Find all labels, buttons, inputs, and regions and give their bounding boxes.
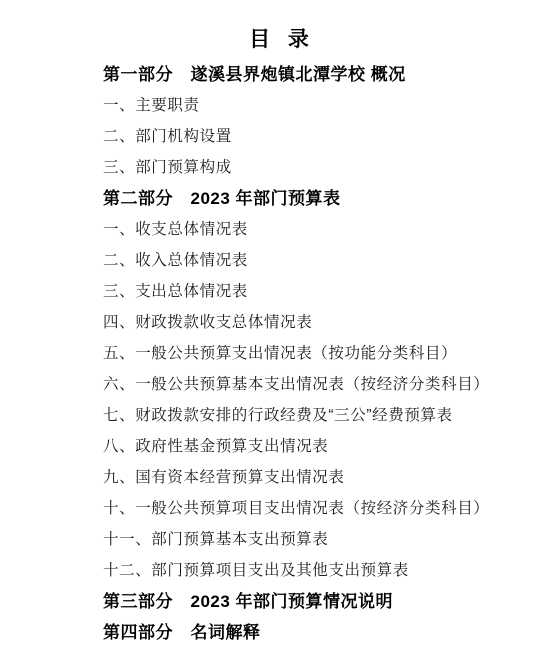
toc-heading: 第二部分 2023 年部门预算表 (103, 183, 539, 214)
toc-heading: 第四部分 名词解释 (103, 617, 539, 648)
toc-heading: 第一部分 遂溪县界炮镇北潭学校 概况 (103, 59, 539, 90)
toc-item: 六、一般公共预算基本支出情况表（按经济分类科目） (103, 369, 539, 400)
toc-item: 一、主要职责 (103, 90, 539, 121)
toc-item: 九、国有资本经营预算支出情况表 (103, 462, 539, 493)
page-title: 目 录 (0, 0, 559, 53)
toc-item: 十二、部门预算项目支出及其他支出预算表 (103, 555, 539, 586)
toc-item: 二、收入总体情况表 (103, 245, 539, 276)
table-of-contents: 第一部分 遂溪县界炮镇北潭学校 概况一、主要职责二、部门机构设置三、部门预算构成… (0, 59, 559, 648)
toc-item: 三、支出总体情况表 (103, 276, 539, 307)
toc-item: 七、财政拨款安排的行政经费及“三公”经费预算表 (103, 400, 539, 431)
toc-item: 五、一般公共预算支出情况表（按功能分类科目） (103, 338, 539, 369)
toc-item: 八、政府性基金预算支出情况表 (103, 431, 539, 462)
toc-item: 三、部门预算构成 (103, 152, 539, 183)
toc-item: 四、财政拨款收支总体情况表 (103, 307, 539, 338)
toc-item: 十、一般公共预算项目支出情况表（按经济分类科目） (103, 493, 539, 524)
document-page: 目 录 第一部分 遂溪县界炮镇北潭学校 概况一、主要职责二、部门机构设置三、部门… (0, 0, 559, 655)
toc-item: 一、收支总体情况表 (103, 214, 539, 245)
toc-heading: 第三部分 2023 年部门预算情况说明 (103, 586, 539, 617)
toc-item: 二、部门机构设置 (103, 121, 539, 152)
toc-item: 十一、部门预算基本支出预算表 (103, 524, 539, 555)
